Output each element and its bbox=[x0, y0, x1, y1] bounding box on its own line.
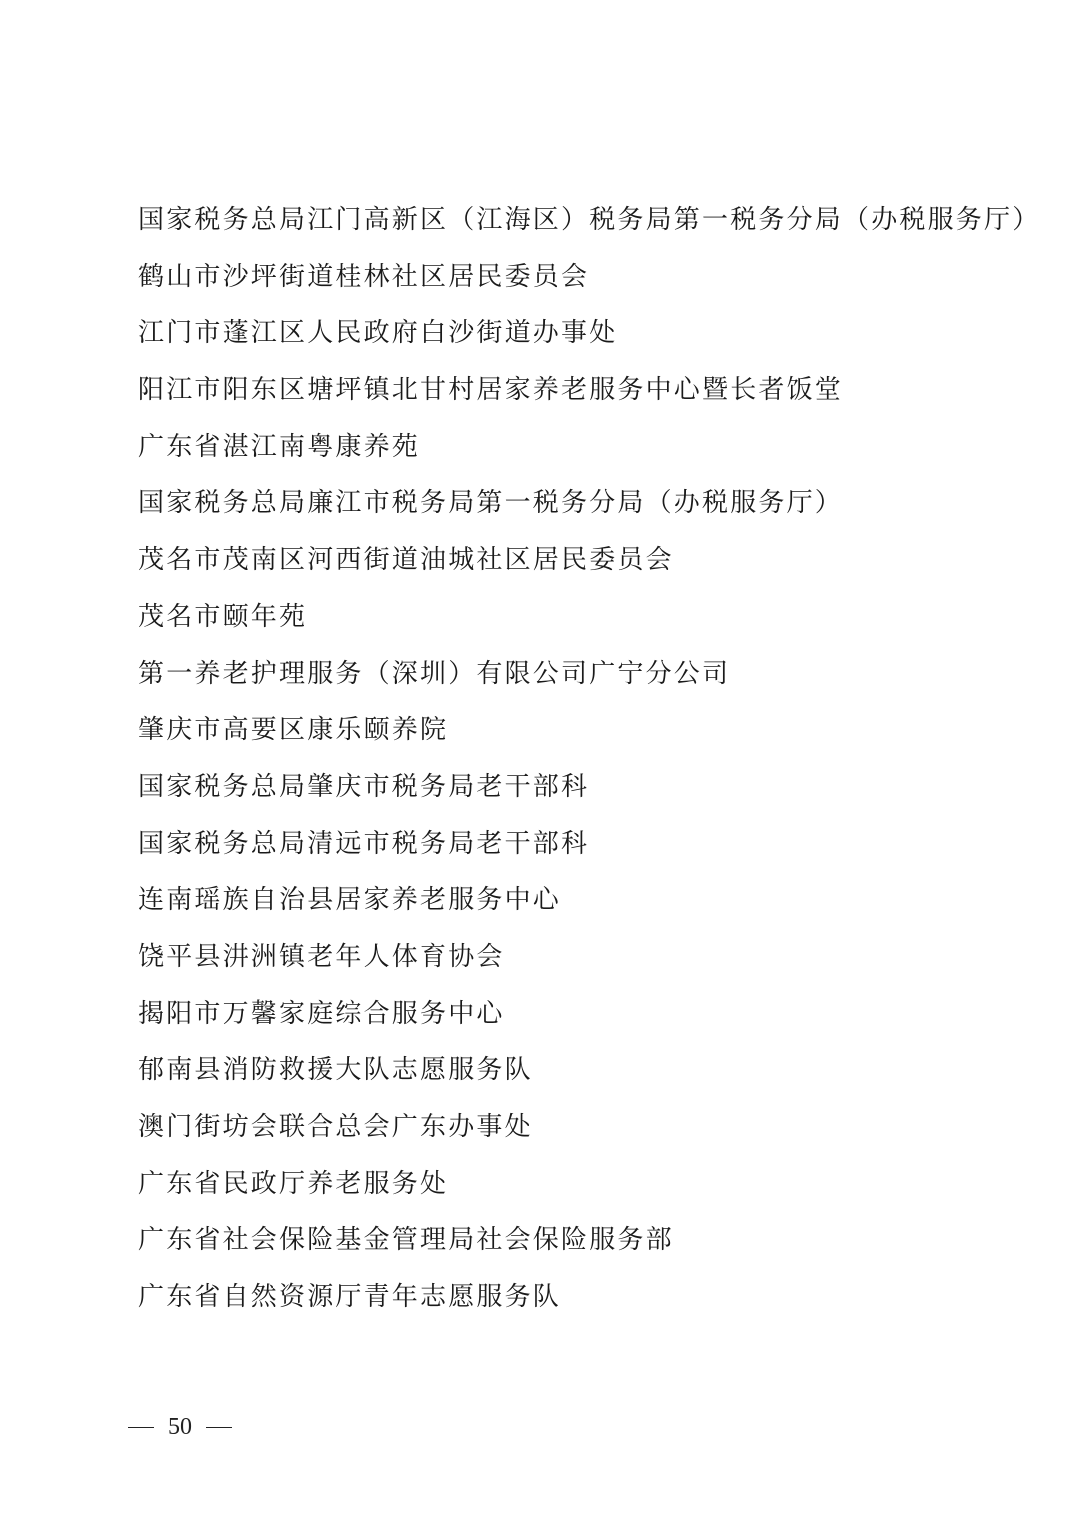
organization-item: 鹤山市沙坪街道桂林社区居民委员会 bbox=[138, 249, 1040, 306]
organization-item: 连南瑶族自治县居家养老服务中心 bbox=[138, 872, 1040, 929]
organization-item: 饶平县汫洲镇老年人体育协会 bbox=[138, 929, 1040, 986]
right-dash-decoration bbox=[206, 1427, 232, 1429]
page-number-value: 50 bbox=[168, 1414, 192, 1441]
left-dash-decoration bbox=[128, 1427, 154, 1429]
organization-list: 国家税务总局江门高新区（江海区）税务局第一税务分局（办税服务厅） 鹤山市沙坪街道… bbox=[138, 192, 1040, 1326]
organization-item: 广东省自然资源厅青年志愿服务队 bbox=[138, 1269, 1040, 1326]
organization-item: 肇庆市高要区康乐颐养院 bbox=[138, 702, 1040, 759]
organization-item: 国家税务总局肇庆市税务局老干部科 bbox=[138, 759, 1040, 816]
organization-item: 阳江市阳东区塘坪镇北甘村居家养老服务中心暨长者饭堂 bbox=[138, 362, 1040, 419]
organization-item: 澳门街坊会联合总会广东办事处 bbox=[138, 1099, 1040, 1156]
organization-item: 郁南县消防救援大队志愿服务队 bbox=[138, 1042, 1040, 1099]
organization-item: 广东省湛江南粤康养苑 bbox=[138, 419, 1040, 476]
organization-item: 广东省民政厅养老服务处 bbox=[138, 1156, 1040, 1213]
organization-item: 揭阳市万馨家庭综合服务中心 bbox=[138, 986, 1040, 1043]
organization-item: 茂名市茂南区河西街道油城社区居民委员会 bbox=[138, 532, 1040, 589]
page-number: 50 bbox=[128, 1414, 232, 1441]
organization-item: 国家税务总局清远市税务局老干部科 bbox=[138, 816, 1040, 873]
organization-item: 茂名市颐年苑 bbox=[138, 589, 1040, 646]
organization-item: 国家税务总局江门高新区（江海区）税务局第一税务分局（办税服务厅） bbox=[138, 192, 1040, 249]
document-page: 国家税务总局江门高新区（江海区）税务局第一税务分局（办税服务厅） 鹤山市沙坪街道… bbox=[0, 0, 1080, 1527]
organization-item: 广东省社会保险基金管理局社会保险服务部 bbox=[138, 1212, 1040, 1269]
organization-item: 江门市蓬江区人民政府白沙街道办事处 bbox=[138, 305, 1040, 362]
organization-item: 国家税务总局廉江市税务局第一税务分局（办税服务厅） bbox=[138, 475, 1040, 532]
organization-item: 第一养老护理服务（深圳）有限公司广宁分公司 bbox=[138, 646, 1040, 703]
